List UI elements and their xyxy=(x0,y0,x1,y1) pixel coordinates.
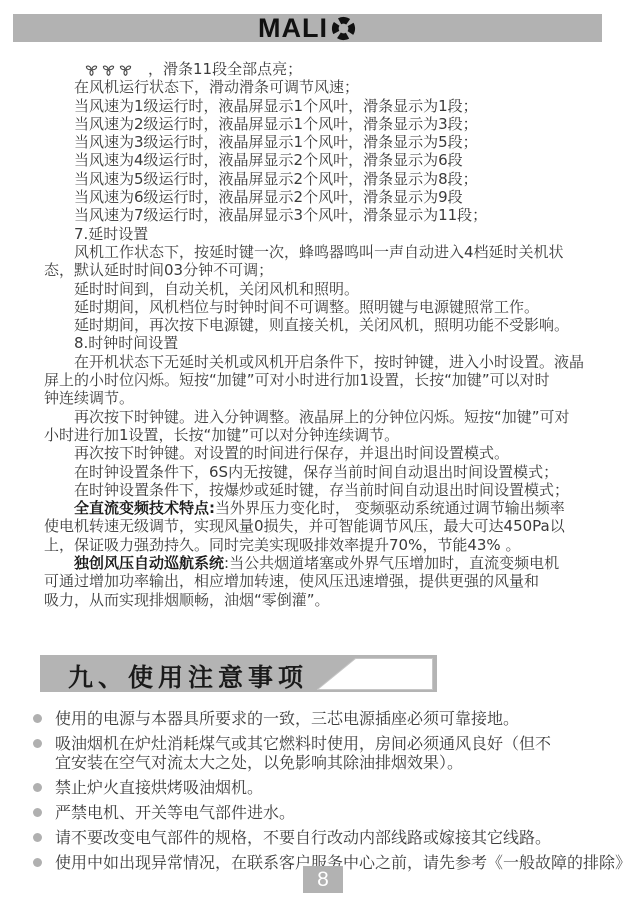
note-text: 严禁电机、开关等电气部件进水。 xyxy=(55,803,295,822)
notes-list: 使用的电源与本器具所要求的一致，三芯电源插座必须可靠接地。 吸油烟机在炉灶消耗煤… xyxy=(33,709,625,878)
body-line: 7.延时设置 xyxy=(44,225,604,243)
bold-feature-title: 全直流变频技术特点: xyxy=(74,499,215,517)
note-item: 禁止炉火直接烘烤吸油烟机。 xyxy=(33,778,625,797)
body-line: 当风速为6级运行时，液晶屏显示2个风叶，滑条显示为9段 xyxy=(44,188,604,206)
body-line: 当风速为4级运行时，液晶屏显示2个风叶，滑条显示为6段 xyxy=(44,151,604,169)
body-line: 当风速为7级运行时，液晶屏显示3个风叶，滑条显示为11段； xyxy=(44,206,604,224)
body-line: 钟连续调节。 xyxy=(44,389,604,407)
brand-logo: MALI xyxy=(258,15,357,42)
body-line: 吸力，从而实现排烟顺畅，油烟“零倒灌”。 xyxy=(44,591,604,609)
body-line: 独创风压自动巡航系统:当公共烟道堵塞或外界气压增加时，直流变频电机 xyxy=(44,554,604,572)
body-line: 在时钟设置条件下，按爆炒或延时键，存当前时间自动退出时间设置模式； xyxy=(44,481,604,499)
body-line: 可通过增加功率输出，相应增加转速，使风压迅速增强，提供更强的风量和 xyxy=(44,572,604,590)
bullet-icon xyxy=(33,714,42,723)
bullet-icon xyxy=(33,783,42,792)
bullet-icon xyxy=(33,833,42,842)
body-line: 8.时钟时间设置 xyxy=(44,334,604,352)
note-text: 禁止炉火直接烘烤吸油烟机。 xyxy=(55,778,263,797)
body-line: 在风机运行状态下，滑动滑条可调节风速； xyxy=(44,78,604,96)
body-line: 延时期间，再次按下电源键，则直接关机，关闭风机，照明功能不受影响。 xyxy=(44,316,604,334)
body-line: ，滑条11段全部点亮； xyxy=(44,60,604,78)
body-line: 使电机转速无级调节，实现风量0损失，并可智能调节风压，最大可达450Pa以 xyxy=(44,517,604,535)
note-item: 请不要改变电气部件的规格，不要自行改动内部线路或嫁接其它线路。 xyxy=(33,828,625,847)
manual-body: ，滑条11段全部点亮； 在风机运行状态下，滑动滑条可调节风速； 当风速为1级运行… xyxy=(44,60,604,609)
bullet-icon xyxy=(33,739,42,748)
banner-decoration xyxy=(317,658,433,690)
body-line: 当风速为3级运行时，液晶屏显示1个风叶，滑条显示为5段； xyxy=(44,133,604,151)
body-line: 当风速为1级运行时，液晶屏显示1个风叶，滑条显示为1段； xyxy=(44,97,604,115)
section-title: 九、使用注意事项 xyxy=(68,658,308,694)
page-number: 8 xyxy=(303,866,343,893)
body-line: 当风速为5级运行时，液晶屏显示2个风叶，滑条显示为8段； xyxy=(44,170,604,188)
body-line-text: ，滑条11段全部点亮； xyxy=(148,60,302,78)
body-line: 延时期间，风机档位与时钟时间不可调整。照明键与电源键照常工作。 xyxy=(44,298,604,316)
header-bar: MALI xyxy=(13,14,602,42)
fan-ring-icon xyxy=(330,15,357,42)
body-line-text: 当外界压力变化时， 变频驱动系统通过调节输出频率 xyxy=(215,499,565,517)
body-line: 延时时间到，自动关机，关闭风机和照明。 xyxy=(44,280,604,298)
body-line-text: :当公共烟道堵塞或外界气压增加时，直流变频电机 xyxy=(224,554,559,572)
body-line: 小时进行加1设置，长按“加键”可以对分钟连续调节。 xyxy=(44,426,604,444)
note-text: 请不要改变电气部件的规格，不要自行改动内部线路或嫁接其它线路。 xyxy=(55,828,551,847)
note-text: 使用的电源与本器具所要求的一致，三芯电源插座必须可靠接地。 xyxy=(55,709,519,728)
bullet-icon xyxy=(33,858,42,867)
body-line: 在时钟设置条件下，6S内无按键，保存当前时间自动退出时间设置模式； xyxy=(44,463,604,481)
bold-feature-title: 独创风压自动巡航系统 xyxy=(74,554,224,572)
body-line: 上，保证吸力强劲持久。同时完美实现吸排效率提升70%，节能43% 。 xyxy=(44,536,604,554)
note-text: 吸油烟机在炉灶消耗煤气或其它燃料时使用，房间必须通风良好（但不 宜安装在空气对流… xyxy=(55,734,551,772)
body-line: 态，默认延时时间03分钟不可调； xyxy=(44,261,604,279)
body-line: 全直流变频技术特点:当外界压力变化时， 变频驱动系统通过调节输出频率 xyxy=(44,499,604,517)
brand-text: MALI xyxy=(258,15,328,42)
note-item: 使用的电源与本器具所要求的一致，三芯电源插座必须可靠接地。 xyxy=(33,709,625,728)
note-item: 吸油烟机在炉灶消耗煤气或其它燃料时使用，房间必须通风良好（但不 宜安装在空气对流… xyxy=(33,734,625,772)
body-line: 当风速为2级运行时，液晶屏显示1个风叶，滑条显示为3段； xyxy=(44,115,604,133)
body-line: 再次按下时钟键。对设置的时间进行保存，并退出时间设置模式。 xyxy=(44,444,604,462)
body-line: 再次按下时钟键。进入分钟调整。液晶屏上的分钟位闪烁。短按“加键”可对 xyxy=(44,408,604,426)
note-item: 严禁电机、开关等电气部件进水。 xyxy=(33,803,625,822)
body-line: 在开机状态下无延时关机或风机开启条件下，按时钟键，进入小时设置。液晶 xyxy=(44,353,604,371)
section-banner: 九、使用注意事项 xyxy=(40,655,437,692)
fan-blade-icons xyxy=(85,63,132,76)
body-line: 风机工作状态下，按延时键一次，蜂鸣器鸣叫一声自动进入4档延时关机状 xyxy=(44,243,604,261)
bullet-icon xyxy=(33,808,42,817)
body-line: 屏上的小时位闪烁。短按“加键”可对小时进行加1设置，长按“加键”可以对时 xyxy=(44,371,604,389)
